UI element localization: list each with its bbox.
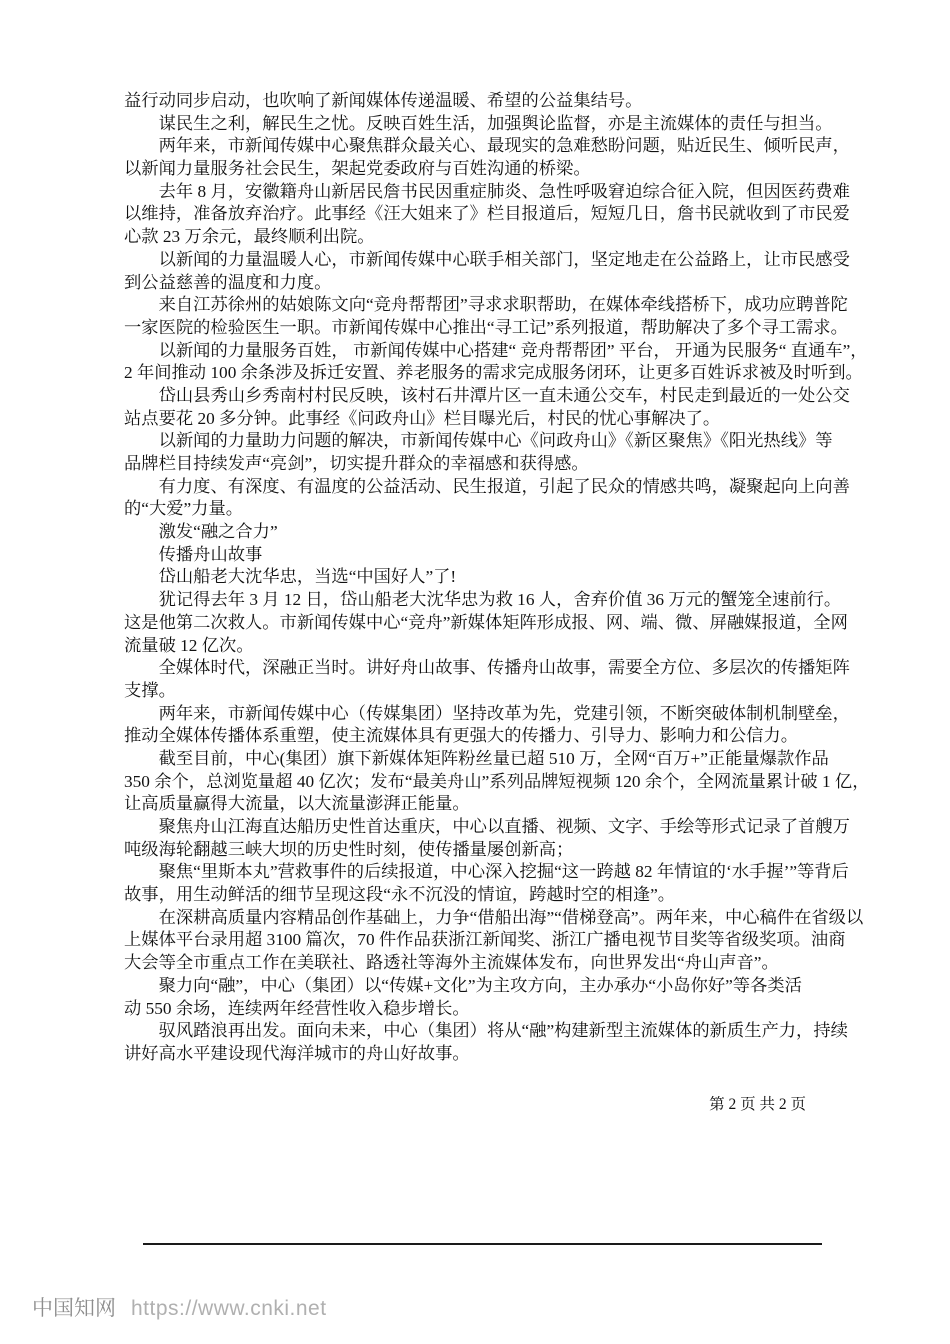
text-line: 以维持，准备放弃治疗。此事经《汪大姐来了》栏目报道后，短短几日，詹书民就收到了市… [124,203,854,226]
text-line: 两年来，市新闻传媒中心（传媒集团）坚持改革为先，党建引领，不断突破体制机制壁垒， [124,703,854,726]
text-line: 益行动同步启动，也吹响了新闻媒体传递温暖、希望的公益集结号。 [124,90,854,113]
text-line: 聚焦舟山江海直达船历史性首达重庆，中心以直播、视频、文字、手绘等形式记录了首艘万 [124,816,854,839]
text-line: 心款 23 万余元，最终顺利出院。 [124,226,854,249]
text-line: 吨级海轮翻越三峡大坝的历史性时刻，使传播量屡创新高； [124,839,854,862]
text-line: 聚力向“融”，中心（集团）以“传媒+文化”为主攻方向，主办承办“小岛你好”等各类… [124,975,854,998]
cnki-url-label: https://www.cnki.net [131,1297,327,1321]
text-line: 谋民生之利，解民生之忧。反映百姓生活，加强舆论监督，亦是主流媒体的责任与担当。 [124,113,854,136]
text-line: 流量破 12 亿次。 [124,635,854,658]
text-line: 岱山船老大沈华忠，当选“中国好人”了! [124,566,854,589]
text-line: 站点要花 20 多分钟。此事经《问政舟山》栏目曝光后，村民的忧心事解决了。 [124,408,854,431]
text-line: 以新闻力量服务社会民生，架起党委政府与百姓沟通的桥梁。 [124,158,854,181]
document-body: 益行动同步启动，也吹响了新闻媒体传递温暖、希望的公益集结号。谋民生之利，解民生之… [124,90,854,1066]
text-line: 驭风踏浪再出发。面向未来，中心（集团）将从“融”构建新型主流媒体的新质生产力，持… [124,1020,854,1043]
footer-divider [143,1243,822,1245]
text-line: 去年 8 月，安徽籍舟山新居民詹书民因重症肺炎、急性呼吸窘迫综合征入院，但因医药… [124,181,854,204]
text-line: 动 550 余场，连续两年经营性收入稳步增长。 [124,998,854,1021]
text-line: 来自江苏徐州的姑娘陈文向“竞舟帮帮团”寻求求职帮助，在媒体牵线搭桥下，成功应聘普… [124,294,854,317]
text-line: 2 年间推动 100 余条涉及拆迁安置、养老服务的需求完成服务闭环，让更多百姓诉… [124,362,854,385]
text-line: 以新闻的力量温暖人心，市新闻传媒中心联手相关部门，坚定地走在公益路上，让市民感受 [124,249,854,272]
text-line: 以新闻的力量助力问题的解决，市新闻传媒中心《问政舟山》《新区聚焦》《阳光热线》等 [124,430,854,453]
text-line: 全媒体时代，深融正当时。讲好舟山故事、传播舟山故事，需要全方位、多层次的传播矩阵 [124,657,854,680]
text-line: 讲好高水平建设现代海洋城市的舟山好故事。 [124,1043,854,1066]
cnki-brand-label: 中国知网 [32,1292,116,1322]
text-line: 犹记得去年 3 月 12 日，岱山船老大沈华忠为救 16 人，舍弃价值 36 万… [124,589,854,612]
text-line: 上媒体平台录用超 3100 篇次，70 件作品获浙江新闻奖、浙江广播电视节目奖等… [124,929,854,952]
cnki-watermark: 中国知网 https://www.cnki.net [32,1292,327,1322]
text-line: 故事，用生动鲜活的细节呈现这段“永不沉没的情谊，跨越时空的相逢”。 [124,884,854,907]
text-line: 激发“融之合力” [124,521,854,544]
text-line: 以新闻的力量服务百姓， 市新闻传媒中心搭建“ 竞舟帮帮团” 平台， 开通为民服务… [124,340,854,363]
text-line: 让高质量赢得大流量，以大流量澎湃正能量。 [124,793,854,816]
text-line: 两年来，市新闻传媒中心聚焦群众最关心、最现实的急难愁盼问题，贴近民生、倾听民声， [124,135,854,158]
text-line: 截至目前，中心(集团）旗下新媒体矩阵粉丝量已超 510 万，全网“百万+”正能量… [124,748,854,771]
text-line: 的“大爱”力量。 [124,498,854,521]
text-line: 传播舟山故事 [124,544,854,567]
text-line: 聚焦“里斯本丸”营救事件的后续报道，中心深入挖掘“这一跨越 82 年情谊的‘水手… [124,861,854,884]
text-line: 大会等全市重点工作在美联社、路透社等海外主流媒体发布，向世界发出“舟山声音”。 [124,952,854,975]
page-number: 第 2 页 共 2 页 [124,1094,806,1117]
text-line: 到公益慈善的温度和力度。 [124,272,854,295]
text-line: 品牌栏目持续发声“亮剑”，切实提升群众的幸福感和获得感。 [124,453,854,476]
text-line: 这是他第二次救人。市新闻传媒中心“竞舟”新媒体矩阵形成报、网、端、微、屏融媒报道… [124,612,854,635]
text-line: 一家医院的检验医生一职。市新闻传媒中心推出“寻工记”系列报道，帮助解决了多个寻工… [124,317,854,340]
text-line: 350 余个，总浏览量超 40 亿次；发布“最美舟山”系列品牌短视频 120 余… [124,771,854,794]
text-line: 岱山县秀山乡秀南村村民反映，该村石井潭片区一直未通公交车，村民走到最近的一处公交 [124,385,854,408]
text-line: 在深耕高质量内容精品创作基础上，力争“借船出海”“借梯登高”。两年来，中心稿件在… [124,907,854,930]
text-line: 支撑。 [124,680,854,703]
text-line: 有力度、有深度、有温度的公益活动、民生报道，引起了民众的情感共鸣，凝聚起向上向善 [124,476,854,499]
text-line: 推动全媒体传播体系重塑，使主流媒体具有更强大的传播力、引导力、影响力和公信力。 [124,725,854,748]
